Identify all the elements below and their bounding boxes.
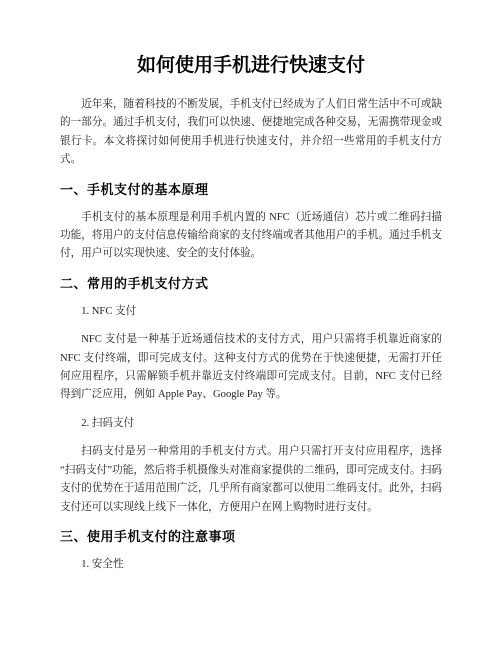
subitem-security-label: 1. 安全性 bbox=[60, 556, 442, 574]
section-3-heading: 三、使用手机支付的注意事项 bbox=[60, 527, 442, 546]
subitem-scan-pay-label: 2. 扫码支付 bbox=[60, 415, 442, 433]
intro-paragraph: 近年来，随着科技的不断发展，手机支付已经成为了人们日常生活中不可或缺的一部分。通… bbox=[60, 96, 442, 170]
section-1-paragraph: 手机支付的基本原理是利用手机内置的 NFC（近场通信）芯片或二维码扫描功能，将用… bbox=[60, 209, 442, 264]
document-page: 如何使用手机进行快速支付 近年来，随着科技的不断发展，手机支付已经成为了人们日常… bbox=[0, 0, 502, 649]
subitem-nfc-pay-label: 1. NFC 支付 bbox=[60, 303, 442, 321]
document-title: 如何使用手机进行快速支付 bbox=[60, 53, 442, 79]
section-2-heading: 二、常用的手机支付方式 bbox=[60, 274, 442, 293]
subitem-scan-pay-paragraph: 扫码支付是另一种常用的手机支付方式。用户只需打开支付应用程序，选择“扫码支付”功… bbox=[60, 443, 442, 517]
subitem-nfc-pay-paragraph: NFC 支付是一种基于近场通信技术的支付方式，用户只需将手机靠近商家的 NFC … bbox=[60, 331, 442, 405]
section-1-heading: 一、手机支付的基本原理 bbox=[60, 180, 442, 199]
